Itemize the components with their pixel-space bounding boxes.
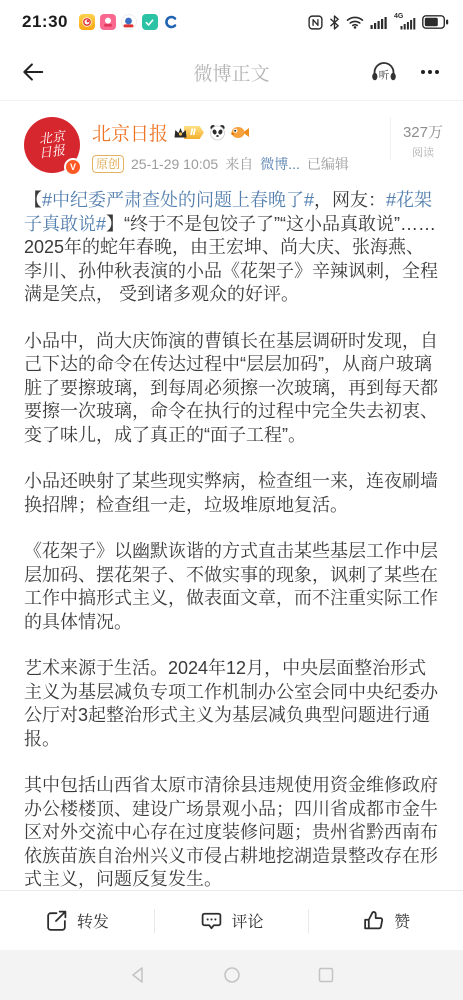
bluetooth-icon xyxy=(329,15,340,30)
reads-counter: 327万 阅读 xyxy=(390,117,443,160)
more-options-button[interactable] xyxy=(413,55,447,89)
signal-icon xyxy=(370,15,388,29)
system-home-button[interactable] xyxy=(222,965,242,985)
post-paragraph: 其中包括山西省太原市清徐县违规使用资金维修政府办公楼楼顶、建设广场景观小品；四川… xyxy=(24,774,439,892)
original-badge: 原创 xyxy=(92,155,124,173)
author-avatar[interactable]: 北京 日报 V xyxy=(24,117,80,173)
crown-icon xyxy=(173,126,188,140)
post-paragraph: 小品还映射了某些现实弊病，检查组一来，连夜刷墙换招牌；检查组一走，垃圾堆原地复活… xyxy=(24,470,439,517)
security-app-icon xyxy=(142,14,158,30)
post-datetime: 25-1-29 10:05 xyxy=(131,156,218,172)
verified-v-badge: V xyxy=(64,158,82,176)
panda-emoji xyxy=(209,124,226,141)
nav-bar-actions: 听 xyxy=(367,55,447,89)
post-paragraph: 【#中纪委严肃查处的问题上春晚了#，网友：#花架子真敢说#】“终于不是包饺子了”… xyxy=(24,189,439,307)
post-paragraph: 《花架子》以幽默诙谐的方式直击某些基层工作中层层加码、摆花架子、不做实事的现象，… xyxy=(24,540,439,634)
weibo-app-icon xyxy=(79,14,95,30)
pink-app-icon xyxy=(100,14,116,30)
mascot-app-icon xyxy=(121,14,137,30)
like-button[interactable]: 赞 xyxy=(309,909,463,932)
post-paragraph: 艺术来源于生活。2024年12月，中央层面整治形式主义为基层减负专项工作机制办公… xyxy=(24,657,439,751)
author-name-row: 北京日报 Ⅱ xyxy=(92,119,384,146)
recents-square-icon xyxy=(318,967,334,983)
battery-icon xyxy=(422,15,449,29)
c-app-icon xyxy=(163,14,179,30)
back-button[interactable] xyxy=(16,55,50,89)
headphones-listen-icon: 听 xyxy=(369,59,399,85)
vip-crown-badge: Ⅱ xyxy=(173,125,204,140)
post-meta-row: 原创 25-1-29 10:05 来自 微博... 已编辑 xyxy=(92,154,384,174)
system-recents-button[interactable] xyxy=(316,965,336,985)
edited-label: 已编辑 xyxy=(307,154,349,174)
action-bar: 转发 评论 赞 xyxy=(0,890,463,950)
4g-signal-icon: 4G xyxy=(394,14,416,30)
post-content: 【#中纪委严肃查处的问题上春晚了#，网友：#花架子真敢说#】“终于不是包饺子了”… xyxy=(0,174,463,892)
wifi-icon xyxy=(346,15,364,29)
comment-label: 评论 xyxy=(232,909,264,932)
reads-count: 327万 xyxy=(403,121,443,142)
like-label: 赞 xyxy=(394,909,410,932)
svg-text:听: 听 xyxy=(379,69,390,82)
repost-label: 转发 xyxy=(77,909,109,932)
nfc-icon xyxy=(308,15,323,30)
repost-icon xyxy=(45,909,68,932)
weibo-post-screen: 21:30 4G xyxy=(0,0,463,1000)
goldfish-emoji xyxy=(231,125,250,140)
reads-label: 阅读 xyxy=(403,144,443,160)
source-prefix: 来自 xyxy=(225,154,253,174)
listen-post-button[interactable]: 听 xyxy=(367,55,401,89)
status-bar-left: 21:30 xyxy=(22,12,179,32)
post-header: 北京 日报 V 北京日报 Ⅱ xyxy=(0,101,463,174)
system-navigation-bar xyxy=(0,950,463,1000)
back-triangle-icon xyxy=(129,966,146,984)
hashtag-link[interactable]: #中纪委严肃查处的问题上春晚了# xyxy=(42,190,314,210)
source-link[interactable]: 微博... xyxy=(260,154,300,174)
thumbs-up-icon xyxy=(362,909,385,932)
system-back-button[interactable] xyxy=(128,965,148,985)
author-block: 北京日报 Ⅱ xyxy=(92,117,384,174)
post-paragraph: 小品中，尚大庆饰演的曹镇长在基层调研时发现，自己下达的命令在传达过程中“层层加码… xyxy=(24,330,439,448)
nav-bar: 微博正文 听 xyxy=(0,44,463,101)
status-bar-right: 4G xyxy=(308,14,449,30)
status-bar: 21:30 4G xyxy=(0,0,463,44)
home-circle-icon xyxy=(223,966,241,984)
comment-icon xyxy=(200,909,223,932)
repost-button[interactable]: 转发 xyxy=(0,909,154,932)
ellipsis-icon xyxy=(417,59,443,85)
author-name[interactable]: 北京日报 xyxy=(92,119,168,146)
comment-button[interactable]: 评论 xyxy=(155,909,309,932)
clock: 21:30 xyxy=(22,12,68,32)
back-arrow-icon xyxy=(20,59,46,85)
